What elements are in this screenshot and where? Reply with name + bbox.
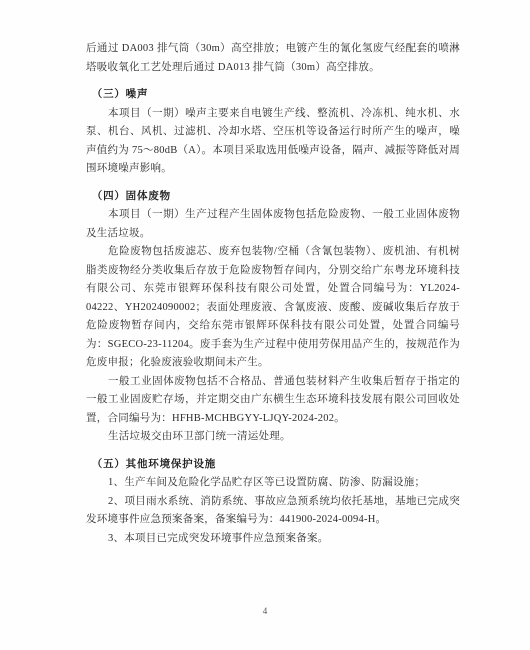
paragraph: 2、项目雨水系统、消防系统、事故应急预系统均依托基地，基地已完成突发环境事件应急… [86,493,460,530]
paragraph: 后通过 DA003 排气筒（30m）高空排放；电镀产生的氰化氢废气经配套的喷淋塔… [86,40,460,77]
section-heading: （三）噪声 [86,86,460,105]
paragraph: 3、本项目已完成突发环境事件应急预案备案。 [86,530,460,549]
section-heading: （四）固体废物 [86,188,460,207]
page-number: 4 [0,606,530,616]
document-page: 后通过 DA003 排气筒（30m）高空排放；电镀产生的氰化氢废气经配套的喷淋塔… [0,0,530,650]
paragraph: 本项目（一期）生产过程产生固体废物包括危险废物、一般工业固体废物及生活垃圾。 [86,206,460,243]
paragraph: 生活垃圾交由环卫部门统一清运处理。 [86,428,460,447]
document-body: 后通过 DA003 排气筒（30m）高空排放；电镀产生的氰化氢废气经配套的喷淋塔… [86,40,460,548]
paragraph: 本项目（一期）噪声主要来自电镀生产线、整流机、冷冻机、纯水机、水泵、机台、风机、… [86,105,460,179]
section-heading: （五）其他环境保护设施 [86,456,460,475]
paragraph: 危险废物包括废滤芯、废弃包装物/空桶（含氰包装物）、废机油、有机树脂类废物经分类… [86,243,460,373]
paragraph: 一般工业固体废物包括不合格品、普通包装材料产生收集后暂存于指定的一般工业固废贮存… [86,373,460,429]
paragraph: 1、生产车间及危险化学品贮存区等已设置防腐、防渗、防漏设施； [86,474,460,493]
